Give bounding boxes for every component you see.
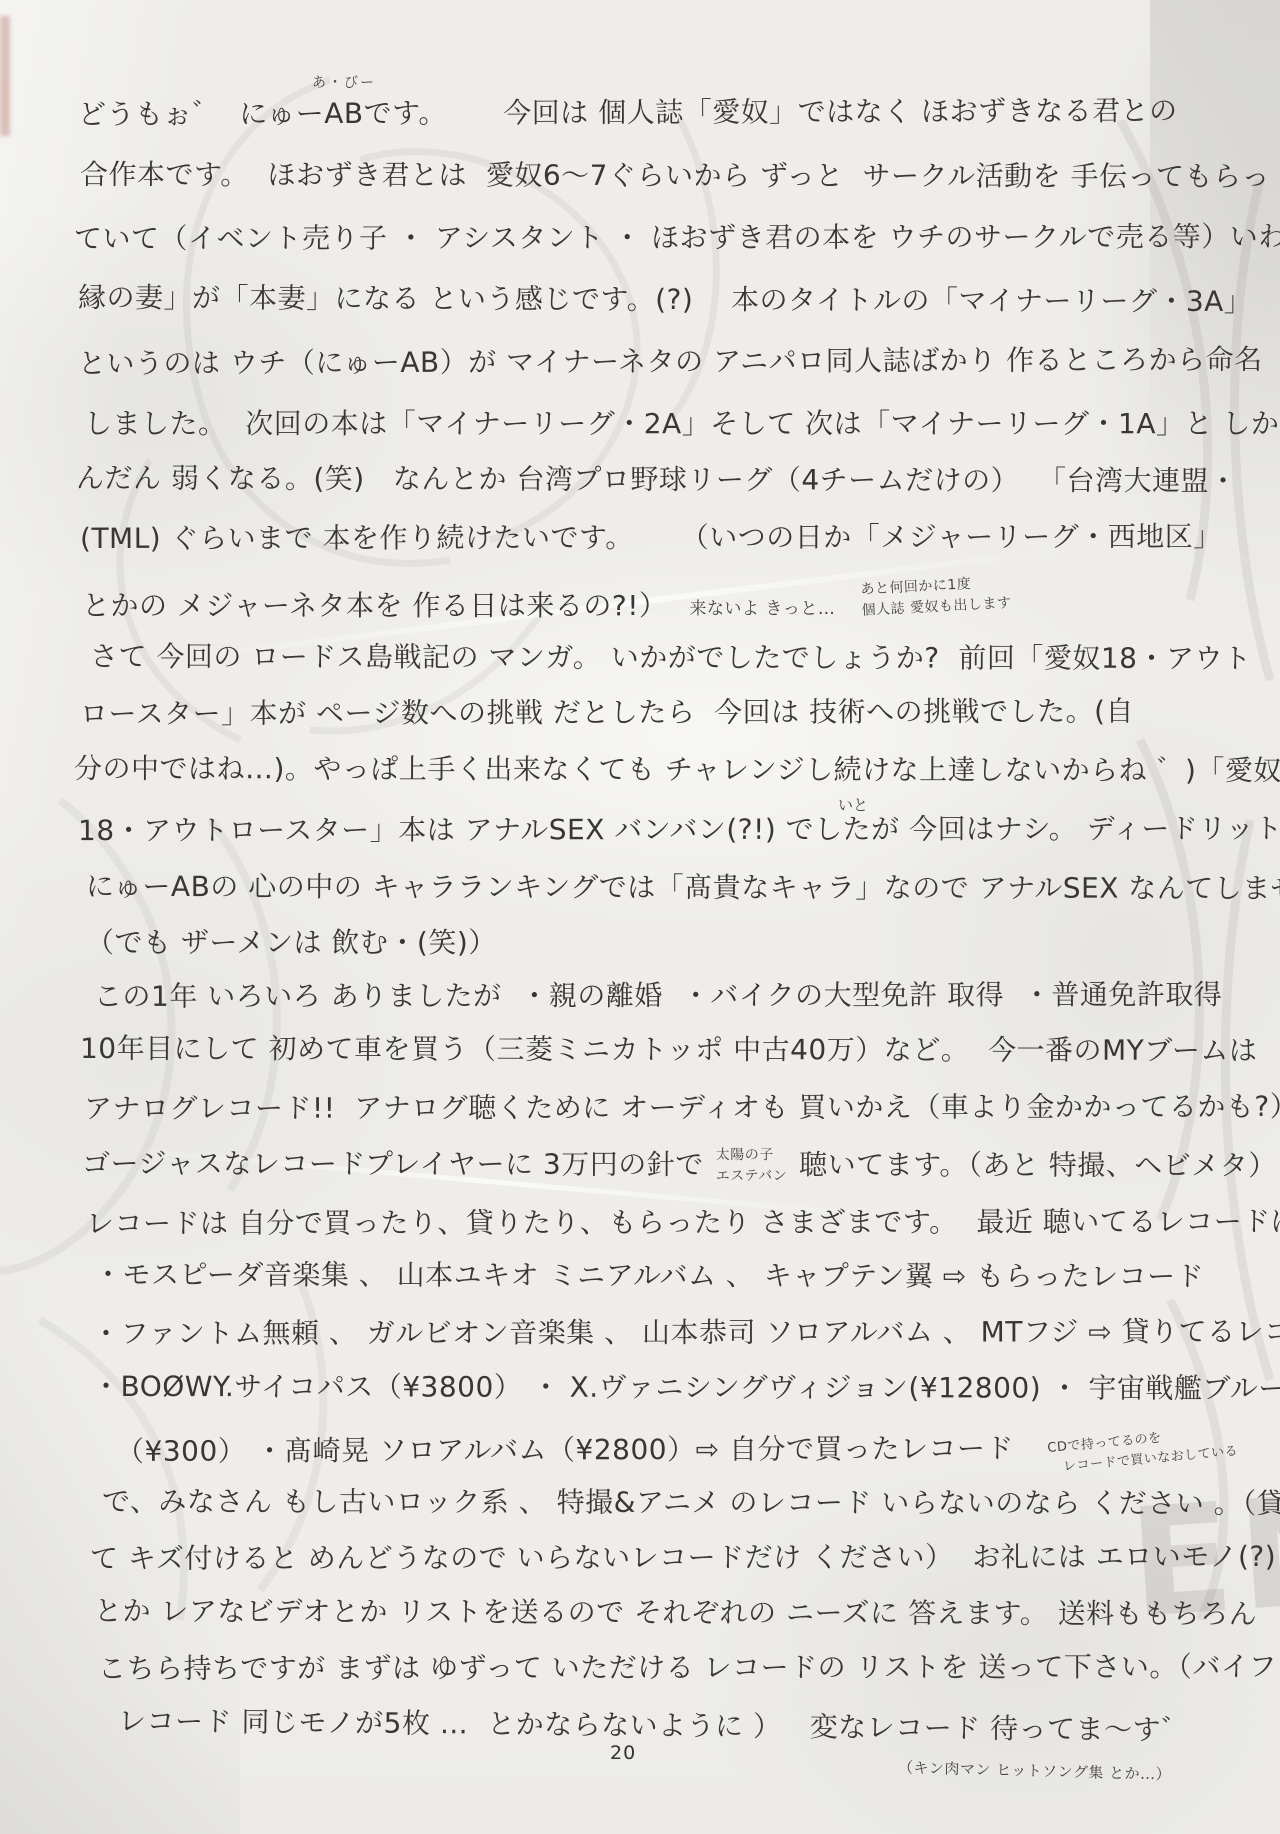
handwritten-line-26: て キズ付けると めんどうなので いらないレコードだけ ください） お礼には エ… [90,1539,1276,1577]
handwritten-line-29: レコード 同じモノが5枚 … とかならないように ） 変なレコード 待ってま〜す… [118,1703,1190,1749]
handwritten-line-20: レコードは 自分で買ったり、貸りたり、もらったり さまざまです。 最近 聴いてる… [86,1204,1280,1243]
margin-note-esteban: 太陽の子 エステバン [716,1145,787,1187]
handwritten-line-01: どうもぉ゛ にゅーABです。 今回は 個人誌「愛奴」ではなく ほおずきなる君との [78,93,1178,133]
handwritten-line-22: ・ファントム無頼 、 ガルビオン音楽集 、 山本恭司 ソロアルバム 、 MTフジ… [92,1314,1280,1353]
line-09-text: とかの メジャーネタ本を 作る日は来るの?!） [82,588,667,624]
handwritten-line-05: というのは ウチ（にゅーAB）が マイナーネタの アニパロ同人誌ばかり 作るとこ… [78,342,1263,383]
margin-note-cd-rebuy: CDで持ってるのを レコードで買いなおしている [1047,1422,1239,1478]
handwritten-line-25: で、みなさん もし古いロック系 、 特撮&アニメ のレコード いらないのなら く… [102,1484,1280,1523]
handwritten-line-04: 縁の妻」が「本妻」になる という感じです。(?) 本のタイトルの「マイナーリーグ… [78,280,1252,320]
handwritten-line-14: にゅーABの 心の中の キャラランキングでは「髙貴なキャラ」なので アナルSEX… [86,869,1280,908]
handwritten-line-23: ・BOØWY.サイコパス（¥3800） ・ X.ヴァニシングヴィジョン(¥128… [92,1369,1280,1408]
handwritten-line-21: ・モスピーダ音楽集 、 山本ユキオ ミニアルバム 、 キャプテン翼 ⇨ もらった… [94,1257,1204,1295]
handwritten-line-08: (TML) ぐらいまで 本を作り続けたいです。 （いつの日か「メジャーリーグ・西… [80,519,1222,557]
handwritten-line-16: この1年 いろいろ ありましたが ・親の離婚 ・バイクの大型免許 取得 ・普通免… [94,977,1222,1015]
handwritten-line-17: 10年目にして 初めて車を買う（三菱ミニカトッポ 中古40万）など。 今一番のM… [80,1031,1258,1069]
handwritten-line-09: とかの メジャーネタ本を 作る日は来るの?!） 来ないよ きっと… あと何回かに… [82,588,1011,624]
handwritten-line-18: アナログレコード!! アナログ聴くために オーディオも 買いかえ（車より金かかっ… [84,1089,1280,1128]
handwritten-line-02: 合作本です。 ほおずき君とは 愛奴6〜7ぐらいから ずっと サークル活動を 手伝… [80,157,1270,195]
handwritten-line-27: とか レアなビデオとか リストを送るので それぞれの ニーズに 答えます。 送料… [94,1593,1257,1632]
handwritten-line-03: ていて（イベント売り子 ・ アシスタント ・ ほおずき君の本を ウチのサークルで… [74,219,1280,258]
margin-note-esteban-line1: 太陽の子 [716,1145,787,1166]
margin-note-extra-issue: あと何回かに1度 個人誌 愛奴も出します [860,572,1012,622]
handwritten-line-12: 分の中ではね…)。やっぱ上手く出来なくても チャレンジし続けな上達しないからね … [74,751,1280,789]
margin-note-esteban-line2: エステバン [716,1166,787,1187]
handwritten-line-28: こちら持ちですが まずは ゆずって いただける レコードの リストを 送って下さ… [98,1649,1280,1688]
handwritten-line-19: ゴージャスなレコードプレイヤーに 3万円の針で 太陽の子 エステバン 聴いてます… [82,1146,1277,1188]
line-19-text-a: ゴージャスなレコードプレイヤーに 3万円の針で [82,1146,704,1183]
line-19-text-b: 聴いてます。（あと 特撮、ヘビメタ） [799,1147,1277,1184]
margin-note-comeback: 来ないよ きっと… [689,598,835,620]
handwritten-line-13: 18・アウトロースター」本は アナルSEX バンバン(?!) でしたが 今回はナ… [78,811,1280,850]
handwritten-line-15: （でも ザーメンは 飲む・(笑)） [86,925,497,961]
handwritten-line-10: さて 今回の ロードス島戦記の マンガ。 いかがでしたでしょうか? 前回「愛奴1… [90,639,1252,677]
ghost-smudge-top-left-red [0,16,10,136]
line-24-text: （¥300） ・髙崎晃 ソロアルバム（¥2800）⇨ 自分で買ったレコード [116,1431,1014,1471]
page-number: 20 [610,1742,636,1764]
scanned-doujinshi-page: EN あ・びー どうもぉ゛ にゅーABです。 今回は 個人誌「愛奴」ではなく ほ… [0,0,1280,1834]
ruby-annotation: あ・びー [312,72,376,92]
handwritten-line-24: （¥300） ・髙崎晃 ソロアルバム（¥2800）⇨ 自分で買ったレコード CD… [116,1430,1238,1473]
handwritten-line-06: しました。 次回の本は「マイナーリーグ・2A」そして 次は「マイナーリーグ・1A… [84,406,1280,442]
margin-note-kinnikuman: （キン肉マン ヒットソング集 とか…） [898,1758,1172,1785]
handwritten-line-07: んだん 弱くなる。(笑) なんとか 台湾プロ野球リーグ（4チームだけの） 「台湾… [76,460,1238,499]
handwritten-line-11: ロースター」本が ページ数への挑戦 だとしたら 今回は 技術への挑戦でした。(自 [80,694,1134,733]
